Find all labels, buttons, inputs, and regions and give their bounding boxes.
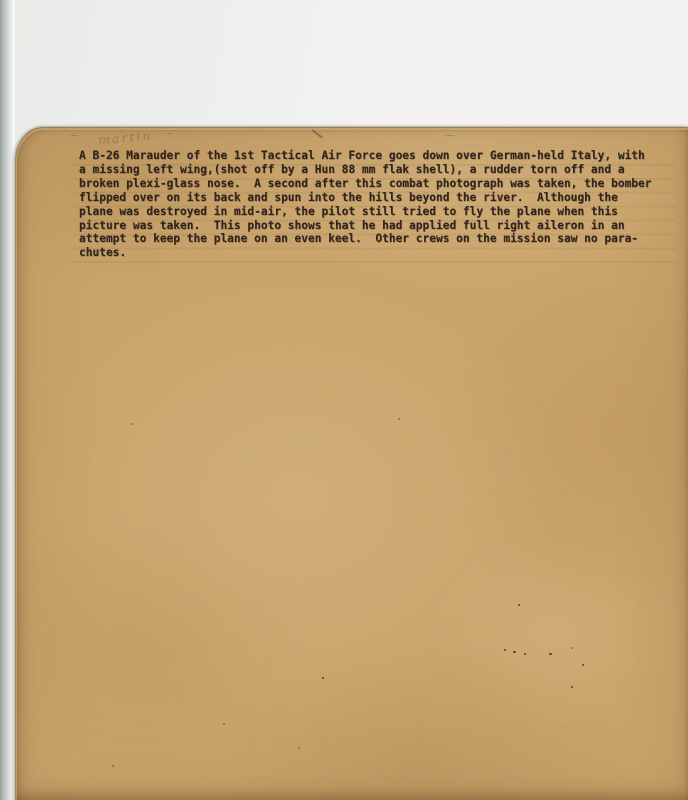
ink-speck — [398, 418, 400, 420]
caption-line: attempt to keep the plane on an even kee… — [79, 232, 652, 246]
scanned-page: martin A B-26 Marauder of the 1st Tactic… — [0, 0, 688, 800]
ink-speck — [131, 423, 133, 425]
ink-speck — [571, 686, 573, 688]
ink-speck — [112, 765, 114, 767]
ink-speck — [298, 747, 300, 749]
pencil-dash-mark — [446, 135, 454, 136]
ink-speck — [504, 649, 506, 651]
typed-caption: A B-26 Marauder of the 1st Tactical Air … — [79, 149, 652, 260]
ink-speck — [582, 664, 584, 666]
pencil-dash-mark — [71, 135, 78, 136]
caption-line: picture was taken. This photo shows that… — [79, 219, 652, 233]
caption-line: chutes. — [79, 246, 652, 260]
pencil-dash-mark — [166, 133, 172, 134]
ink-speck — [518, 604, 520, 606]
caption-line: a missing left wing,(shot off by a Hun 8… — [79, 163, 652, 177]
handwritten-note: martin — [97, 128, 152, 148]
scanner-edge-strip — [0, 0, 15, 800]
ink-speck — [513, 651, 516, 653]
caption-line: broken plexi-glass nose. A second after … — [79, 177, 652, 191]
caption-line: A B-26 Marauder of the 1st Tactical Air … — [79, 149, 652, 163]
ink-speck — [571, 647, 573, 649]
paper-sheet: martin A B-26 Marauder of the 1st Tactic… — [15, 127, 688, 800]
ink-speck — [549, 653, 552, 655]
ink-speck — [322, 677, 324, 679]
ink-speck — [524, 653, 526, 655]
ink-speck — [223, 723, 225, 725]
caption-line: flipped over on its back and spun into t… — [79, 191, 652, 205]
pencil-scratch-mark — [312, 129, 323, 138]
caption-line: plane was destroyed in mid-air, the pilo… — [79, 205, 652, 219]
